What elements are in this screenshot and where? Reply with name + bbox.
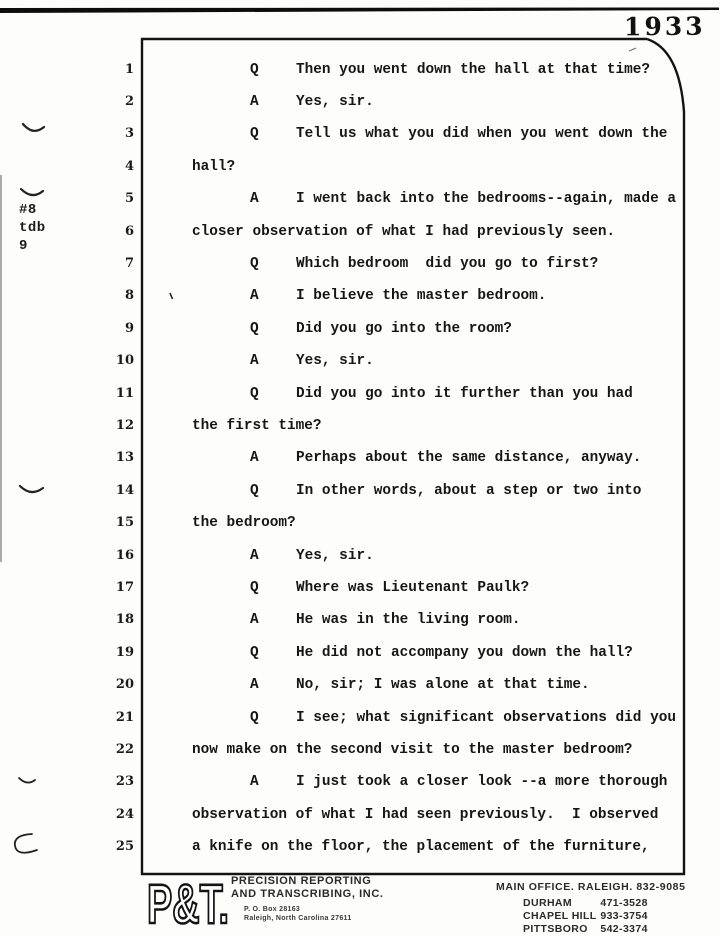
line-number: 23: [94, 774, 134, 789]
line-text: observation of what I had seen previousl…: [192, 807, 658, 823]
speaker-label: Q: [250, 321, 259, 337]
line-text: I just took a closer look --a more thoro…: [296, 774, 667, 790]
transcript-line: 13 A Perhaps about the same distance, an…: [0, 450, 720, 470]
line-text: I believe the master bedroom.: [296, 288, 546, 304]
line-text: Tell us what you did when you went down …: [296, 126, 667, 142]
company-name-line: AND TRANSCRIBING, INC.: [231, 888, 384, 901]
speaker-label: A: [250, 677, 259, 693]
line-number: 3: [94, 126, 134, 141]
branch-office-row: CHAPEL HILL 933-3754: [523, 910, 648, 923]
speaker-label: A: [250, 191, 259, 207]
company-name-line: PRECISION REPORTING: [231, 875, 384, 888]
line-number: 17: [94, 580, 134, 595]
line-text: Which bedroom did you go to first?: [296, 256, 598, 272]
transcript-line: 16 A Yes, sir.: [0, 548, 720, 568]
company-logo-text: P&T.: [147, 872, 229, 934]
line-number: 16: [94, 548, 134, 563]
transcript-line: 12 the first time?: [0, 418, 720, 438]
transcript-line: 15 the bedroom?: [0, 515, 720, 535]
transcript-line: 8 A I believe the master bedroom.: [0, 288, 720, 308]
transcript-page: 1933 #8 tdb 9 1 Q Then you went down the…: [0, 0, 720, 936]
branch-offices: DURHAM 471-3528 CHAPEL HILL 933-3754 PIT…: [523, 897, 648, 936]
line-text: Did you go into the room?: [296, 321, 512, 337]
line-text: Yes, sir.: [296, 94, 374, 110]
line-number: 4: [94, 159, 134, 174]
branch-city: CHAPEL HILL: [523, 910, 597, 923]
speaker-label: A: [250, 94, 259, 110]
transcript-line: 10 A Yes, sir.: [0, 353, 720, 373]
line-number: 8: [94, 288, 134, 303]
speaker-label: A: [250, 353, 259, 369]
transcript-line: 17 Q Where was Lieutenant Paulk?: [0, 580, 720, 600]
branch-phone: 471-3528: [600, 897, 648, 910]
speaker-label: Q: [250, 645, 259, 661]
main-office-contact: MAIN OFFICE. RALEIGH. 832-9085: [496, 881, 686, 893]
transcript-line: 11 Q Did you go into it further than you…: [0, 386, 720, 406]
line-number: 22: [94, 742, 134, 757]
speaker-label: Q: [250, 256, 259, 272]
footer: P&T. PRECISION REPORTING AND TRANSCRIBIN…: [0, 868, 720, 936]
transcript-line: 3 Q Tell us what you did when you went d…: [0, 126, 720, 146]
transcript-line: 22 now make on the second visit to the m…: [0, 742, 720, 762]
speaker-label: A: [250, 774, 259, 790]
line-number: 12: [94, 418, 134, 433]
branch-phone: 933-3754: [600, 910, 648, 923]
transcript-line: 9 Q Did you go into the room?: [0, 321, 720, 341]
line-number: 19: [94, 645, 134, 660]
address-line: P. O. Box 28163: [244, 905, 352, 914]
line-text: Then you went down the hall at that time…: [296, 62, 650, 78]
branch-city: PITTSBORO: [523, 923, 597, 936]
transcript-line: 24 observation of what I had seen previo…: [0, 807, 720, 827]
transcript-line: 25 a knife on the floor, the placement o…: [0, 839, 720, 859]
line-text: a knife on the floor, the placement of t…: [192, 839, 650, 855]
top-scan-rule: [0, 8, 719, 14]
line-number: 20: [94, 677, 134, 692]
line-number: 18: [94, 612, 134, 627]
company-logo: P&T.: [146, 872, 232, 934]
transcript-line: 20 A No, sir; I was alone at that time.: [0, 677, 720, 697]
line-number: 21: [94, 710, 134, 725]
transcript-line: 6 closer observation of what I had previ…: [0, 224, 720, 244]
line-number: 14: [94, 483, 134, 498]
speaker-label: Q: [250, 580, 259, 596]
line-text: I went back into the bedrooms--again, ma…: [296, 191, 676, 207]
transcript-line: 21 Q I see; what significant observation…: [0, 710, 720, 730]
line-text: Yes, sir.: [296, 548, 374, 564]
speaker-label: A: [250, 548, 259, 564]
branch-office-row: PITTSBORO 542-3374: [523, 923, 648, 936]
company-name: PRECISION REPORTING AND TRANSCRIBING, IN…: [231, 875, 384, 901]
line-text: I see; what significant observations did…: [296, 710, 676, 726]
address-line: Raleigh, North Carolina 27611: [244, 914, 352, 923]
line-number: 6: [94, 224, 134, 239]
transcript-line: 14 Q In other words, about a step or two…: [0, 483, 720, 503]
branch-phone: 542-3374: [600, 923, 648, 936]
line-number: 2: [94, 94, 134, 109]
branch-office-row: DURHAM 471-3528: [523, 897, 648, 910]
transcript-line: 19 Q He did not accompany you down the h…: [0, 645, 720, 665]
line-text: In other words, about a step or two into: [296, 483, 641, 499]
line-number: 11: [94, 386, 134, 401]
speaker-label: A: [250, 612, 259, 628]
speaker-label: Q: [250, 126, 259, 142]
line-number: 9: [94, 321, 134, 336]
line-text: Did you go into it further than you had: [296, 386, 633, 402]
line-number: 1: [94, 62, 134, 77]
line-number: 24: [94, 807, 134, 822]
transcript-line: 1 Q Then you went down the hall at that …: [0, 62, 720, 82]
ink-speck: [629, 48, 636, 51]
transcript-line: 18 A He was in the living room.: [0, 612, 720, 632]
line-text: He did not accompany you down the hall?: [296, 645, 633, 661]
line-text: No, sir; I was alone at that time.: [296, 677, 590, 693]
line-number: 25: [94, 839, 134, 854]
transcript-line: 4 hall?: [0, 159, 720, 179]
line-number: 13: [94, 450, 134, 465]
line-text: closer observation of what I had previou…: [192, 224, 615, 240]
line-text: Where was Lieutenant Paulk?: [296, 580, 529, 596]
company-address: P. O. Box 28163 Raleigh, North Carolina …: [244, 905, 352, 923]
line-text: Perhaps about the same distance, anyway.: [296, 450, 641, 466]
line-text: now make on the second visit to the mast…: [192, 742, 632, 758]
line-number: 15: [94, 515, 134, 530]
line-text: hall?: [192, 159, 235, 175]
line-text: Yes, sir.: [296, 353, 374, 369]
line-text: He was in the living room.: [296, 612, 521, 628]
transcript-line: 23 A I just took a closer look --a more …: [0, 774, 720, 794]
transcript-line: 2 A Yes, sir.: [0, 94, 720, 114]
speaker-label: Q: [250, 62, 259, 78]
branch-city: DURHAM: [523, 897, 597, 910]
transcript-line: 7 Q Which bedroom did you go to first?: [0, 256, 720, 276]
line-number: 10: [94, 353, 134, 368]
speaker-label: Q: [250, 710, 259, 726]
line-text: the bedroom?: [192, 515, 296, 531]
transcript-line: 5 A I went back into the bedrooms--again…: [0, 191, 720, 211]
line-number: 7: [94, 256, 134, 271]
line-text: the first time?: [192, 418, 322, 434]
speaker-label: A: [250, 450, 259, 466]
line-number: 5: [94, 191, 134, 206]
page-number: 1933: [624, 12, 716, 42]
speaker-label: A: [250, 288, 259, 304]
speaker-label: Q: [250, 483, 259, 499]
speaker-label: Q: [250, 386, 259, 402]
